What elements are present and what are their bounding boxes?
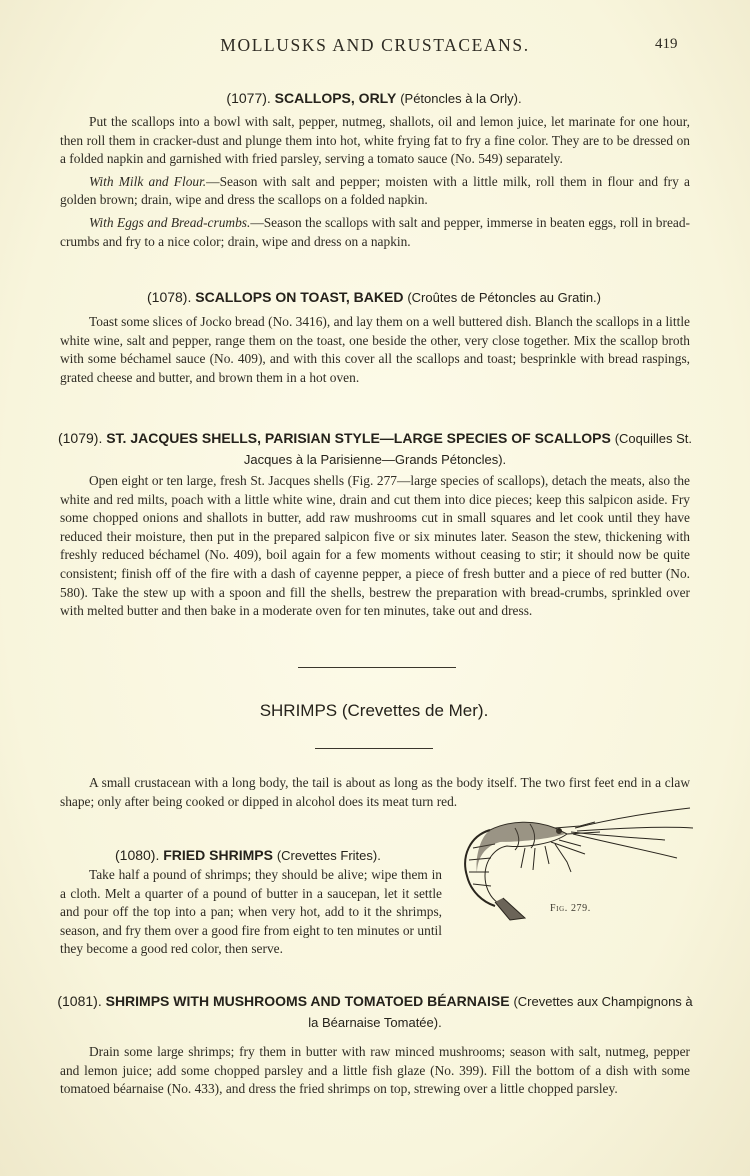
recipe-french-title: (Croûtes de Pétoncles au Gratin.) — [407, 290, 601, 305]
divider-rule — [315, 748, 433, 749]
recipe-title: ST. JACQUES SHELLS, PARISIAN STYLE—LARGE… — [106, 430, 611, 446]
paragraph-variant: With Milk and Flour.—Season with salt an… — [60, 173, 690, 210]
page-number: 419 — [655, 36, 678, 53]
chapter-title: MOLLUSKS AND CRUSTACEANS. — [165, 35, 585, 56]
recipe-number: (1078). — [147, 289, 191, 305]
recipe-heading-1080: (1080). FRIED SHRIMPS (Crevettes Frites)… — [80, 845, 435, 866]
book-page: MOLLUSKS AND CRUSTACEANS. 419 (1077). SC… — [0, 0, 750, 1176]
paragraph: Put the scallops into a bowl with salt, … — [60, 113, 690, 169]
recipe-body-1079: Open eight or ten large, fresh St. Jacqu… — [60, 472, 690, 621]
recipe-heading-1078: (1078). SCALLOPS ON TOAST, BAKED (Croûte… — [58, 287, 690, 308]
recipe-heading-1077: (1077). SCALLOPS, ORLY (Pétoncles à la O… — [58, 88, 690, 109]
recipe-number: (1077). — [226, 90, 270, 106]
paragraph: Drain some large shrimps; fry them in bu… — [60, 1043, 690, 1099]
paragraph: Toast some slices of Jocko bread (No. 34… — [60, 313, 690, 387]
section-title: SHRIMPS (Crevettes de Mer). — [58, 701, 690, 721]
recipe-heading-1079: (1079). ST. JACQUES SHELLS, PARISIAN STY… — [55, 428, 695, 470]
figure-float-space — [442, 866, 690, 938]
recipe-body-1078: Toast some slices of Jocko bread (No. 34… — [60, 313, 690, 387]
recipe-french-title: (Pétoncles à la Orly). — [400, 91, 521, 106]
variant-lead: With Milk and Flour. — [89, 174, 206, 189]
recipe-body-1081: Drain some large shrimps; fry them in bu… — [60, 1043, 690, 1099]
paragraph-variant: With Eggs and Bread-crumbs.—Season the s… — [60, 214, 690, 251]
recipe-number: (1081). — [57, 993, 101, 1009]
recipe-heading-1081: (1081). SHRIMPS WITH MUSHROOMS AND TOMAT… — [55, 991, 695, 1033]
recipe-body-1080: Take half a pound of shrimps; they shoul… — [60, 866, 690, 959]
recipe-number: (1079). — [58, 430, 102, 446]
recipe-title: SCALLOPS, ORLY — [275, 90, 397, 106]
recipe-title: SCALLOPS ON TOAST, BAKED — [195, 289, 403, 305]
paragraph: Open eight or ten large, fresh St. Jacqu… — [60, 472, 690, 621]
recipe-number: (1080). — [115, 847, 159, 863]
divider-rule — [298, 667, 456, 668]
recipe-body-1077: Put the scallops into a bowl with salt, … — [60, 113, 690, 251]
running-head: MOLLUSKS AND CRUSTACEANS. 419 — [0, 35, 750, 59]
recipe-title: SHRIMPS WITH MUSHROOMS AND TOMATOED BÉAR… — [106, 993, 510, 1009]
recipe-title: FRIED SHRIMPS — [163, 847, 273, 863]
recipe-french-title: (Crevettes Frites). — [277, 848, 381, 863]
variant-lead: With Eggs and Bread-crumbs. — [89, 215, 250, 230]
